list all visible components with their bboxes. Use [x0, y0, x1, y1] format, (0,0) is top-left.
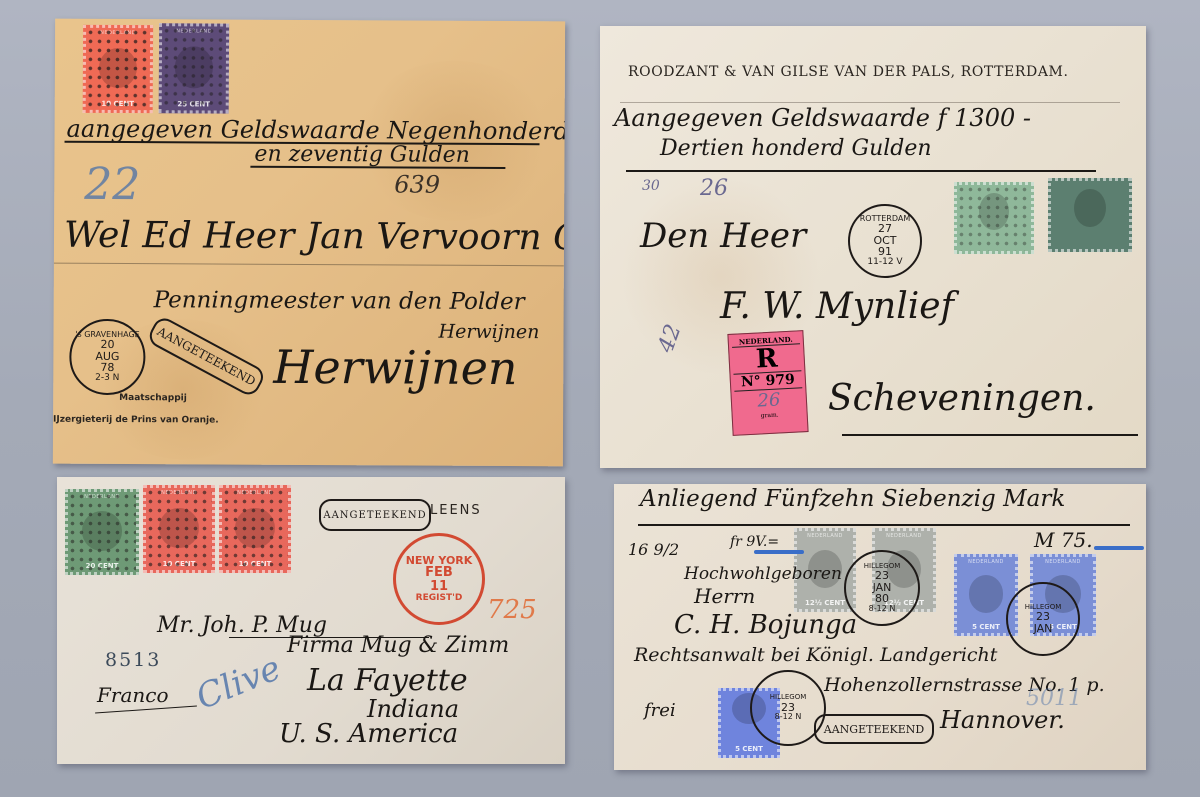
- red-note: 725: [487, 595, 537, 625]
- weight-note: 16 9/2: [628, 540, 679, 559]
- address-line-3: La Fayette: [307, 663, 468, 698]
- letterhead: ROODZANT & VAN GILSE VAN DER PALS, ROTTE…: [628, 64, 1069, 80]
- aangeteekend-stamp: AANGETEEKEND: [319, 499, 431, 531]
- envelope-top-left: NEDERLAND10 CENT NEDERLAND25 CENT aangeg…: [53, 19, 565, 467]
- stamp-green-2: [1048, 178, 1132, 252]
- registration-label: NEDERLAND. R N° 979 26 gram.: [727, 330, 808, 436]
- postmark-rotterdam: ROTTERDAM 27 OCT 91 11-12 V: [848, 204, 922, 278]
- franco-note: Franco: [97, 683, 168, 707]
- amount-note: M 75.: [1034, 528, 1093, 552]
- envelope-bottom-left: NEDERLAND20 CENT NEDERLAND10 CENT NEDERL…: [57, 477, 565, 764]
- value-declaration-line-2: Dertien honderd Gulden: [660, 136, 932, 161]
- address-line-5: U. S. America: [279, 719, 458, 749]
- blue-note: Clive: [191, 648, 287, 718]
- blue-crayon-note: 22: [84, 159, 140, 210]
- address-line-1: Wel Ed Heer Jan Vervoorn Cz: [64, 215, 565, 259]
- value-declaration-line-1: Aangegeven Geldswaarde f 1300 -: [614, 104, 1031, 132]
- address-line-1: Hochwohlgeboren: [684, 564, 842, 584]
- address-line-3-destination: Scheveningen.: [828, 378, 1096, 419]
- franco-note: frei: [644, 700, 676, 721]
- printed-sender-line-2: IJzergieterij de Prins van Oranje.: [53, 415, 219, 426]
- stamp-10-cent-red-2: NEDERLAND10 CENT: [219, 485, 291, 573]
- origin-cancel-leens: LEENS: [430, 503, 482, 518]
- stamp-10-cent-red: NEDERLAND10 CENT: [83, 25, 153, 113]
- registration-number: 8513: [105, 649, 161, 671]
- aangeteekend-stamp: AANGETEEKEND: [814, 714, 934, 744]
- address-line-4-destination: Herwijnen: [273, 340, 517, 395]
- pencil-note: 639: [394, 170, 440, 198]
- value-declaration-line-2: en zeventig Gulden: [254, 142, 470, 168]
- pencil-note-30: 30: [642, 178, 660, 194]
- envelope-bottom-right: Anliegend Fünfzehn Siebenzig Mark M 75. …: [614, 484, 1146, 770]
- postmark-hillegom-2: HILLEGOM 23 JAN: [1006, 582, 1080, 656]
- address-line-4: Rechtsanwalt bei Königl. Landgericht: [634, 644, 997, 666]
- stamp-10-cent-red-1: NEDERLAND10 CENT: [143, 485, 215, 573]
- address-line-3: C. H. Bojunga: [674, 610, 857, 640]
- value-declaration: Anliegend Fünfzehn Siebenzig Mark: [640, 486, 1065, 512]
- fee-note: fr 9V.=: [730, 534, 779, 550]
- envelope-top-right: ROODZANT & VAN GILSE VAN DER PALS, ROTTE…: [600, 26, 1146, 468]
- address-line-1: Den Heer: [640, 216, 806, 256]
- pencil-note-26: 26: [700, 176, 728, 201]
- address-line-2: Firma Mug & Zimm: [287, 633, 509, 658]
- stamp-25-cent-violet: NEDERLAND25 CENT: [159, 23, 229, 113]
- stamp-green-1: [954, 182, 1034, 254]
- printed-sender-line-1: Maatschappij: [119, 393, 187, 403]
- address-line-2: Penningmeester van den Polder: [154, 287, 525, 315]
- postmark-gravenhage: 's GRAVENHAGE 20 AUG 78 2-3 N: [69, 319, 145, 395]
- blue-note: 5011: [1026, 686, 1082, 711]
- stamp-20-cent-green: NEDERLAND20 CENT: [65, 489, 139, 575]
- address-line-2: Herrn: [694, 584, 755, 608]
- postmark-new-york: NEW YORK FEB 11 REGIST'D: [393, 533, 485, 625]
- address-line-2: F. W. Mynlief: [720, 286, 954, 327]
